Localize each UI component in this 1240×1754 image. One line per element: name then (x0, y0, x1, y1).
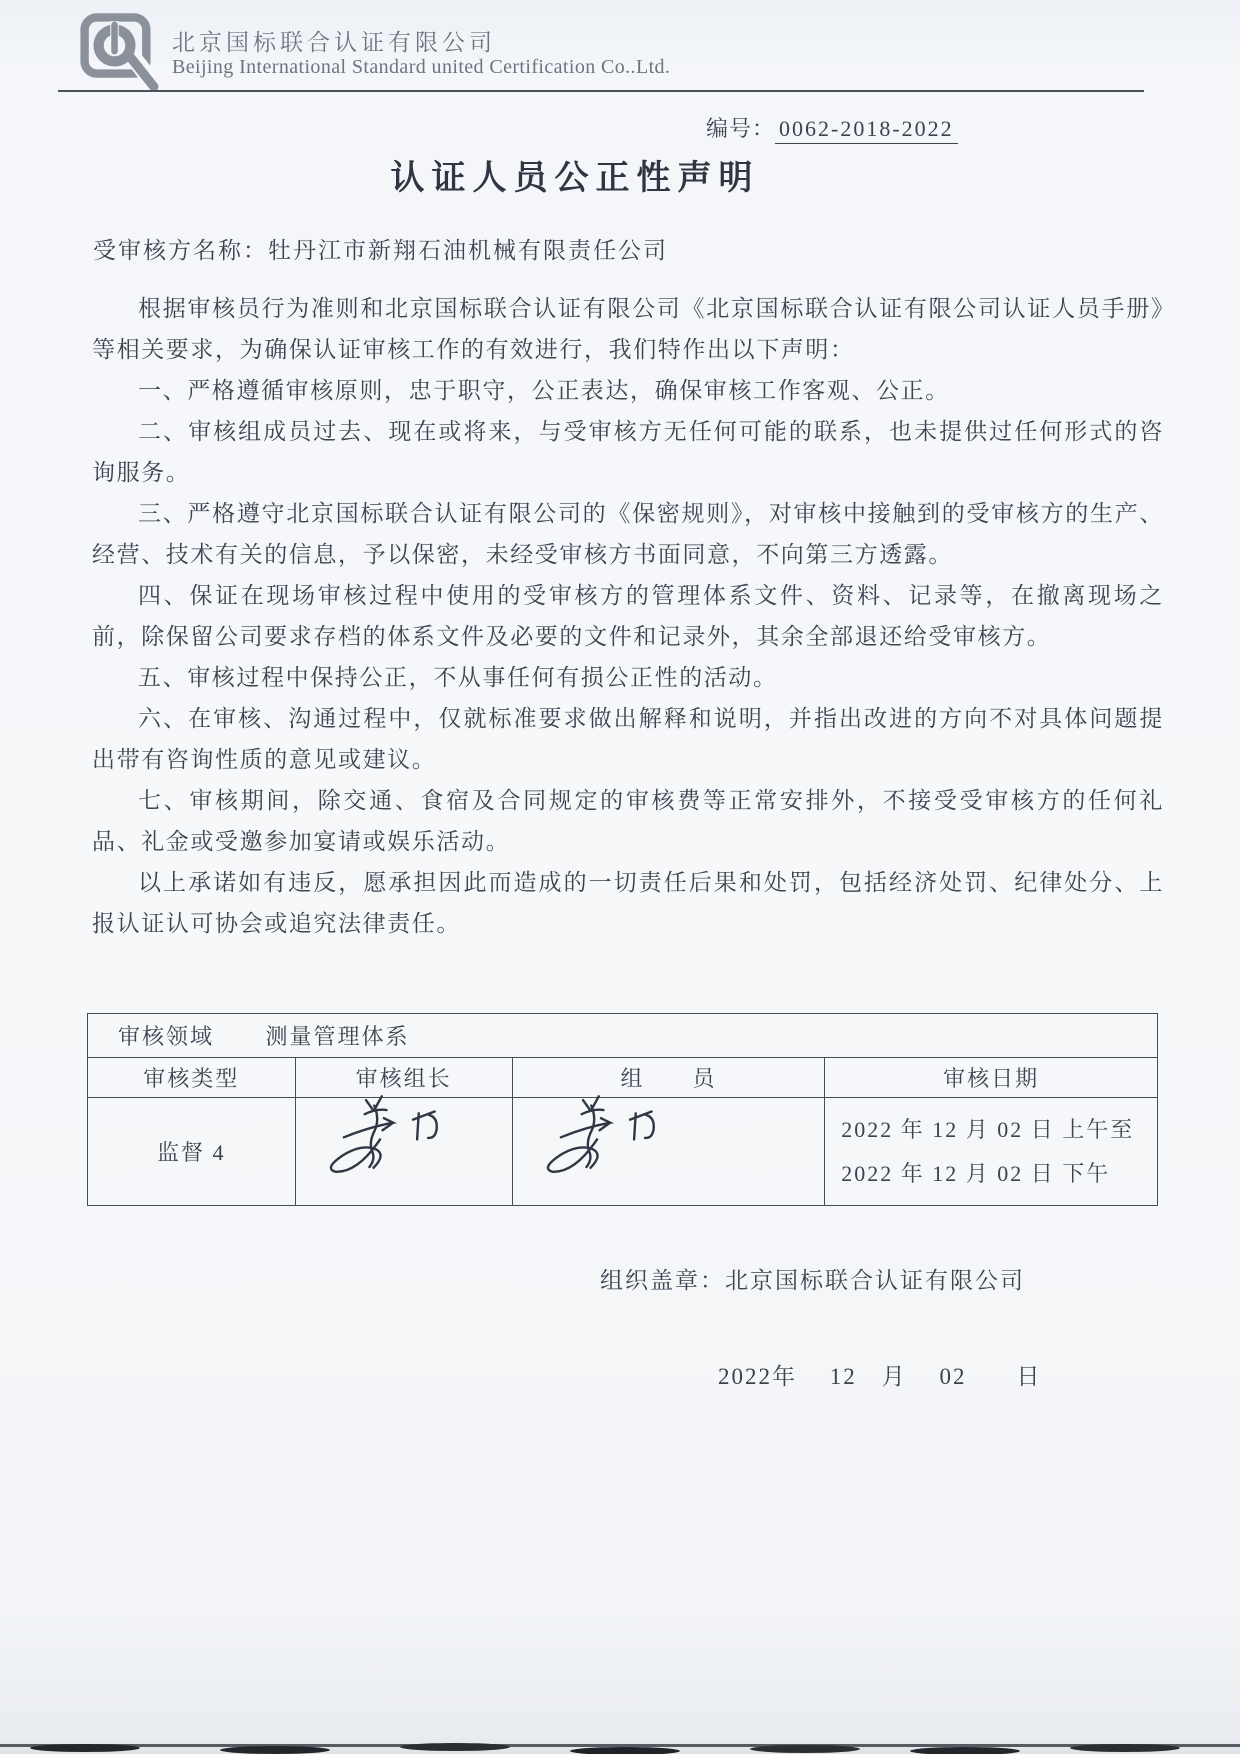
auditee-line: 受审核方名称：牡丹江市新翔石油机械有限责任公司 (93, 232, 668, 265)
document-number-value: 0062-2018-2022 (775, 116, 958, 144)
auditee-name: 牡丹江市新翔石油机械有限责任公司 (268, 238, 668, 263)
audit-info-table: 审核领域 测量管理体系 审核类型 审核组长 组 员 审核日期 监督 4 (87, 1013, 1158, 1206)
paragraph-item-7: 七、审核期间，除交通、食宿及合同规定的审核费等正常安排外，不接受受审核方的任何礼… (92, 780, 1164, 862)
paragraph-item-6: 六、在审核、沟通过程中，仅就标准要求做出解释和说明，并指出改进的方向不对具体问题… (92, 698, 1164, 780)
signature-jiang-li-icon (539, 1090, 709, 1186)
team-leader-signature-cell (295, 1098, 512, 1206)
document-date: 2022年 12 月 02 日 (718, 1358, 1042, 1391)
paragraph-item-1: 一、严格遵循审核原则，忠于职守，公正表达，确保审核工作客观、公正。 (92, 370, 1164, 411)
paragraph-item-5: 五、审核过程中保持公正，不从事任何有损公正性的活动。 (92, 657, 1164, 698)
column-header-audit-type: 审核类型 (88, 1058, 296, 1098)
audit-field-label: 审核领域 (118, 1024, 214, 1049)
table-data-row: 监督 4 (88, 1098, 1158, 1206)
document-title: 认证人员公正性声明 (0, 150, 1150, 199)
paragraph-intro: 根据审核员行为准则和北京国标联合认证有限公司《北京国标联合认证有限公司认证人员手… (92, 288, 1164, 370)
scan-edge-line (0, 1744, 1240, 1747)
signature-jiang-li-icon (322, 1090, 492, 1186)
document-number-label: 编号： (706, 116, 775, 141)
audit-field-cell: 审核领域 测量管理体系 (88, 1014, 1158, 1058)
paragraph-commitment: 以上承诺如有违反，愿承担因此而造成的一切责任后果和处罚，包括经济处罚、纪律处分、… (92, 862, 1164, 944)
auditee-label: 受审核方名称： (93, 238, 268, 263)
stamp-label: 组织盖章： (600, 1268, 725, 1293)
paragraph-item-4: 四、保证在现场审核过程中使用的受审核方的管理体系文件、资料、记录等，在撤离现场之… (92, 575, 1164, 657)
organization-stamp-line: 组织盖章：北京国标联合认证有限公司 (600, 1262, 1025, 1295)
scan-bottom-edge (0, 1736, 1240, 1754)
audit-date-line-1: 2022 年 12 月 02 日 上午至 (841, 1108, 1157, 1152)
paragraph-item-3: 三、严格遵守北京国标联合认证有限公司的《保密规则》，对审核中接触到的受审核方的生… (92, 493, 1164, 575)
member-signature-cell (512, 1098, 824, 1206)
company-logo-icon (72, 10, 172, 96)
audit-date-cell: 2022 年 12 月 02 日 上午至 2022 年 12 月 02 日 下午 (825, 1098, 1158, 1206)
document-number: 编号：0062-2018-2022 (706, 112, 958, 143)
scan-edge-shadow (30, 1744, 140, 1752)
header-divider (58, 90, 1144, 92)
column-header-audit-date: 审核日期 (825, 1058, 1158, 1098)
declaration-body: 根据审核员行为准则和北京国标联合认证有限公司《北京国标联合认证有限公司认证人员手… (92, 288, 1164, 944)
paragraph-item-2: 二、审核组成员过去、现在或将来，与受审核方无任何可能的联系，也未提供过任何形式的… (92, 411, 1164, 493)
company-name-cn: 北京国标联合认证有限公司 (172, 24, 496, 57)
scanned-document-page: 北京国标联合认证有限公司 Beijing International Stand… (0, 0, 1240, 1754)
stamp-company: 北京国标联合认证有限公司 (725, 1268, 1025, 1293)
audit-type-cell: 监督 4 (88, 1098, 296, 1206)
audit-field-value: 测量管理体系 (266, 1024, 410, 1049)
table-header-row: 审核类型 审核组长 组 员 审核日期 (88, 1058, 1158, 1098)
audit-date-line-2: 2022 年 12 月 02 日 下午 (841, 1152, 1157, 1196)
table-row-field: 审核领域 测量管理体系 (88, 1014, 1158, 1058)
company-name-en: Beijing International Standard united Ce… (172, 56, 670, 79)
